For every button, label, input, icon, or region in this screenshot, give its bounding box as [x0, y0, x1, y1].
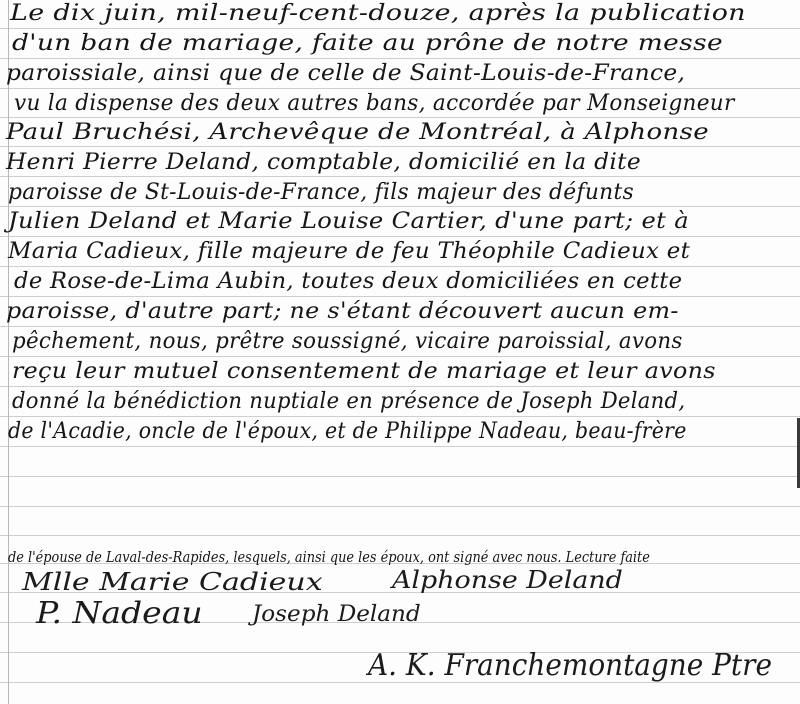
body-line: d'un ban de mariage, faite au prône de n… [12, 31, 723, 56]
margin-line [8, 0, 9, 704]
ruled-line [0, 146, 800, 147]
ruled-line [0, 206, 800, 207]
signature-priest: A. K. Franchemontagne Ptre [368, 648, 772, 683]
ruled-line [0, 28, 800, 29]
signature-groom: Alphonse Deland [392, 566, 623, 594]
ruled-line [0, 506, 800, 507]
body-line: Le dix juin, mil-neuf-cent-douze, après … [10, 1, 746, 26]
ruled-line [0, 117, 800, 118]
ruled-line [0, 416, 800, 417]
ruled-line [0, 356, 800, 357]
ruled-line [0, 176, 800, 177]
ruled-line [0, 446, 800, 447]
body-line: paroisse, d'autre part; ne s'étant décou… [6, 299, 679, 324]
body-line: Maria Cadieux, fille majeure de feu Théo… [8, 239, 690, 264]
ruled-line [0, 476, 800, 477]
body-line: paroisse de St-Louis-de-France, fils maj… [8, 180, 634, 205]
ruled-line [0, 326, 800, 327]
body-line: donné la bénédiction nuptiale en présenc… [12, 389, 685, 414]
body-line: Henri Pierre Deland, comptable, domicili… [6, 150, 641, 175]
register-page: Le dix juin, mil-neuf-cent-douze, après … [0, 0, 800, 704]
body-line: de Rose-de-Lima Aubin, toutes deux domic… [14, 269, 682, 294]
body-line: paroissiale, ainsi que de celle de Saint… [6, 61, 685, 86]
body-line: vu la dispense des deux autres bans, acc… [14, 91, 735, 116]
body-line: Paul Bruchési, Archevêque de Montréal, à… [6, 120, 709, 145]
body-line: de l'épouse de Laval-des-Rapides, lesque… [8, 548, 650, 566]
body-line: pêchement, nous, prêtre soussigné, vicai… [12, 329, 683, 354]
signature-bride: Mlle Marie Cadieux [22, 568, 323, 596]
signature-witness-deland: Joseph Deland [252, 602, 421, 627]
ruled-line [0, 58, 800, 59]
ruled-line [0, 535, 800, 536]
body-line: reçu leur mutuel consentement de mariage… [12, 359, 716, 384]
ruled-line [0, 266, 800, 267]
signature-witness-nadeau: P. Nadeau [36, 596, 203, 631]
ruled-line [0, 386, 800, 387]
ruled-line [0, 88, 800, 89]
ruled-line [0, 236, 800, 237]
body-line: de l'Acadie, oncle de l'époux, et de Phi… [8, 419, 687, 444]
body-line: Julien Deland et Marie Louise Cartier, d… [8, 209, 689, 234]
ruled-line [0, 296, 800, 297]
